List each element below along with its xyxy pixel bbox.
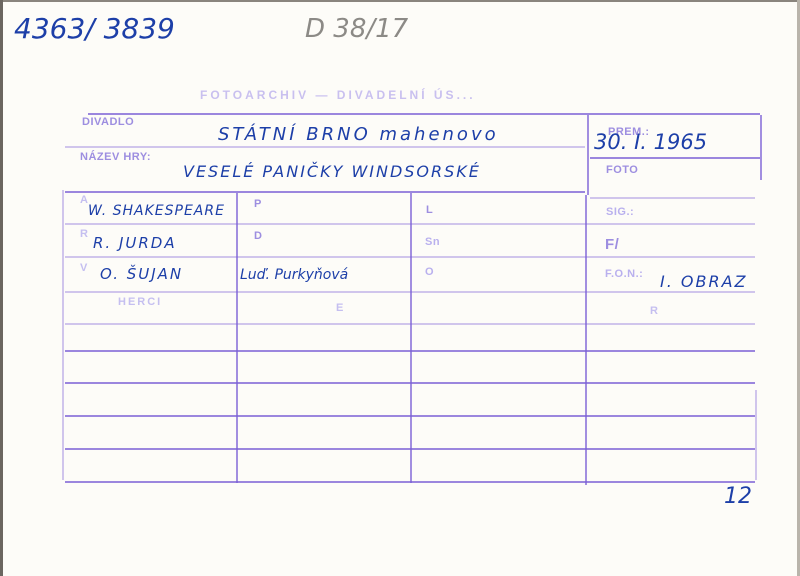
label-sn: Sn <box>425 236 440 248</box>
label-r2: R <box>650 305 658 317</box>
value-director: R. JURDA <box>93 234 177 252</box>
label-l: L <box>426 204 433 216</box>
col-divider-2 <box>410 193 412 483</box>
form-bottom-border <box>65 481 755 483</box>
label-p: P <box>254 198 262 210</box>
archive-stamp-header: FOTOARCHIV — DIVADELNÍ ÚS... <box>200 88 476 102</box>
prem-right-border <box>760 115 762 180</box>
row-line-4 <box>65 323 755 325</box>
row-line-8 <box>65 448 755 450</box>
col-right-border <box>755 390 757 480</box>
value-nazev-hry: VESELÉ PANIČKY WINDSORSKÉ <box>183 162 481 181</box>
value-set-designer: O. ŠUJAN <box>100 265 183 283</box>
col-divider-3 <box>585 195 587 485</box>
page-number: 12 <box>724 484 752 509</box>
row-line-5 <box>65 350 755 352</box>
row-line-6 <box>65 382 755 384</box>
value-fon: I. OBRAZ <box>660 272 747 291</box>
scan-edge-left <box>0 0 3 576</box>
inventory-number: 4363/ 3839 <box>14 12 175 45</box>
divadlo-bottom-line <box>65 146 585 148</box>
row-line-3 <box>65 291 755 293</box>
nazev-bottom-line <box>65 191 585 193</box>
archive-signature: D 38/17 <box>305 14 408 44</box>
col-left-border <box>62 190 64 480</box>
prem-bottom-line <box>590 157 760 159</box>
value-costumes: Luď. Purkyňová <box>240 267 348 283</box>
label-d: D <box>254 230 262 242</box>
label-f: F/ <box>605 236 619 253</box>
foto-bottom-line <box>590 197 755 199</box>
row-line-2 <box>65 256 755 258</box>
label-e: E <box>336 302 344 314</box>
label-divadlo: DIVADLO <box>82 116 134 128</box>
label-nazev-hry: NÁZEV HRY: <box>80 151 151 163</box>
value-premiere-date: 30. I. 1965 <box>594 130 707 154</box>
value-divadlo: STÁTNÍ BRNO mahenovo <box>218 124 499 145</box>
label-fon: F.O.N.: <box>605 268 643 280</box>
scan-edge-top <box>0 0 800 2</box>
label-herci: HERCI <box>118 296 162 308</box>
form-top-border <box>88 113 760 115</box>
label-o: O <box>425 266 434 278</box>
label-foto: FOTO <box>606 164 638 176</box>
value-author: W. SHAKESPEARE <box>88 203 225 219</box>
prem-left-border <box>587 115 589 195</box>
label-sig: SIG.: <box>606 206 634 218</box>
row-line-1 <box>65 223 755 225</box>
row-line-7 <box>65 415 755 417</box>
label-v: V <box>80 262 88 274</box>
label-r: R <box>80 228 88 240</box>
col-divider-1 <box>236 193 238 483</box>
